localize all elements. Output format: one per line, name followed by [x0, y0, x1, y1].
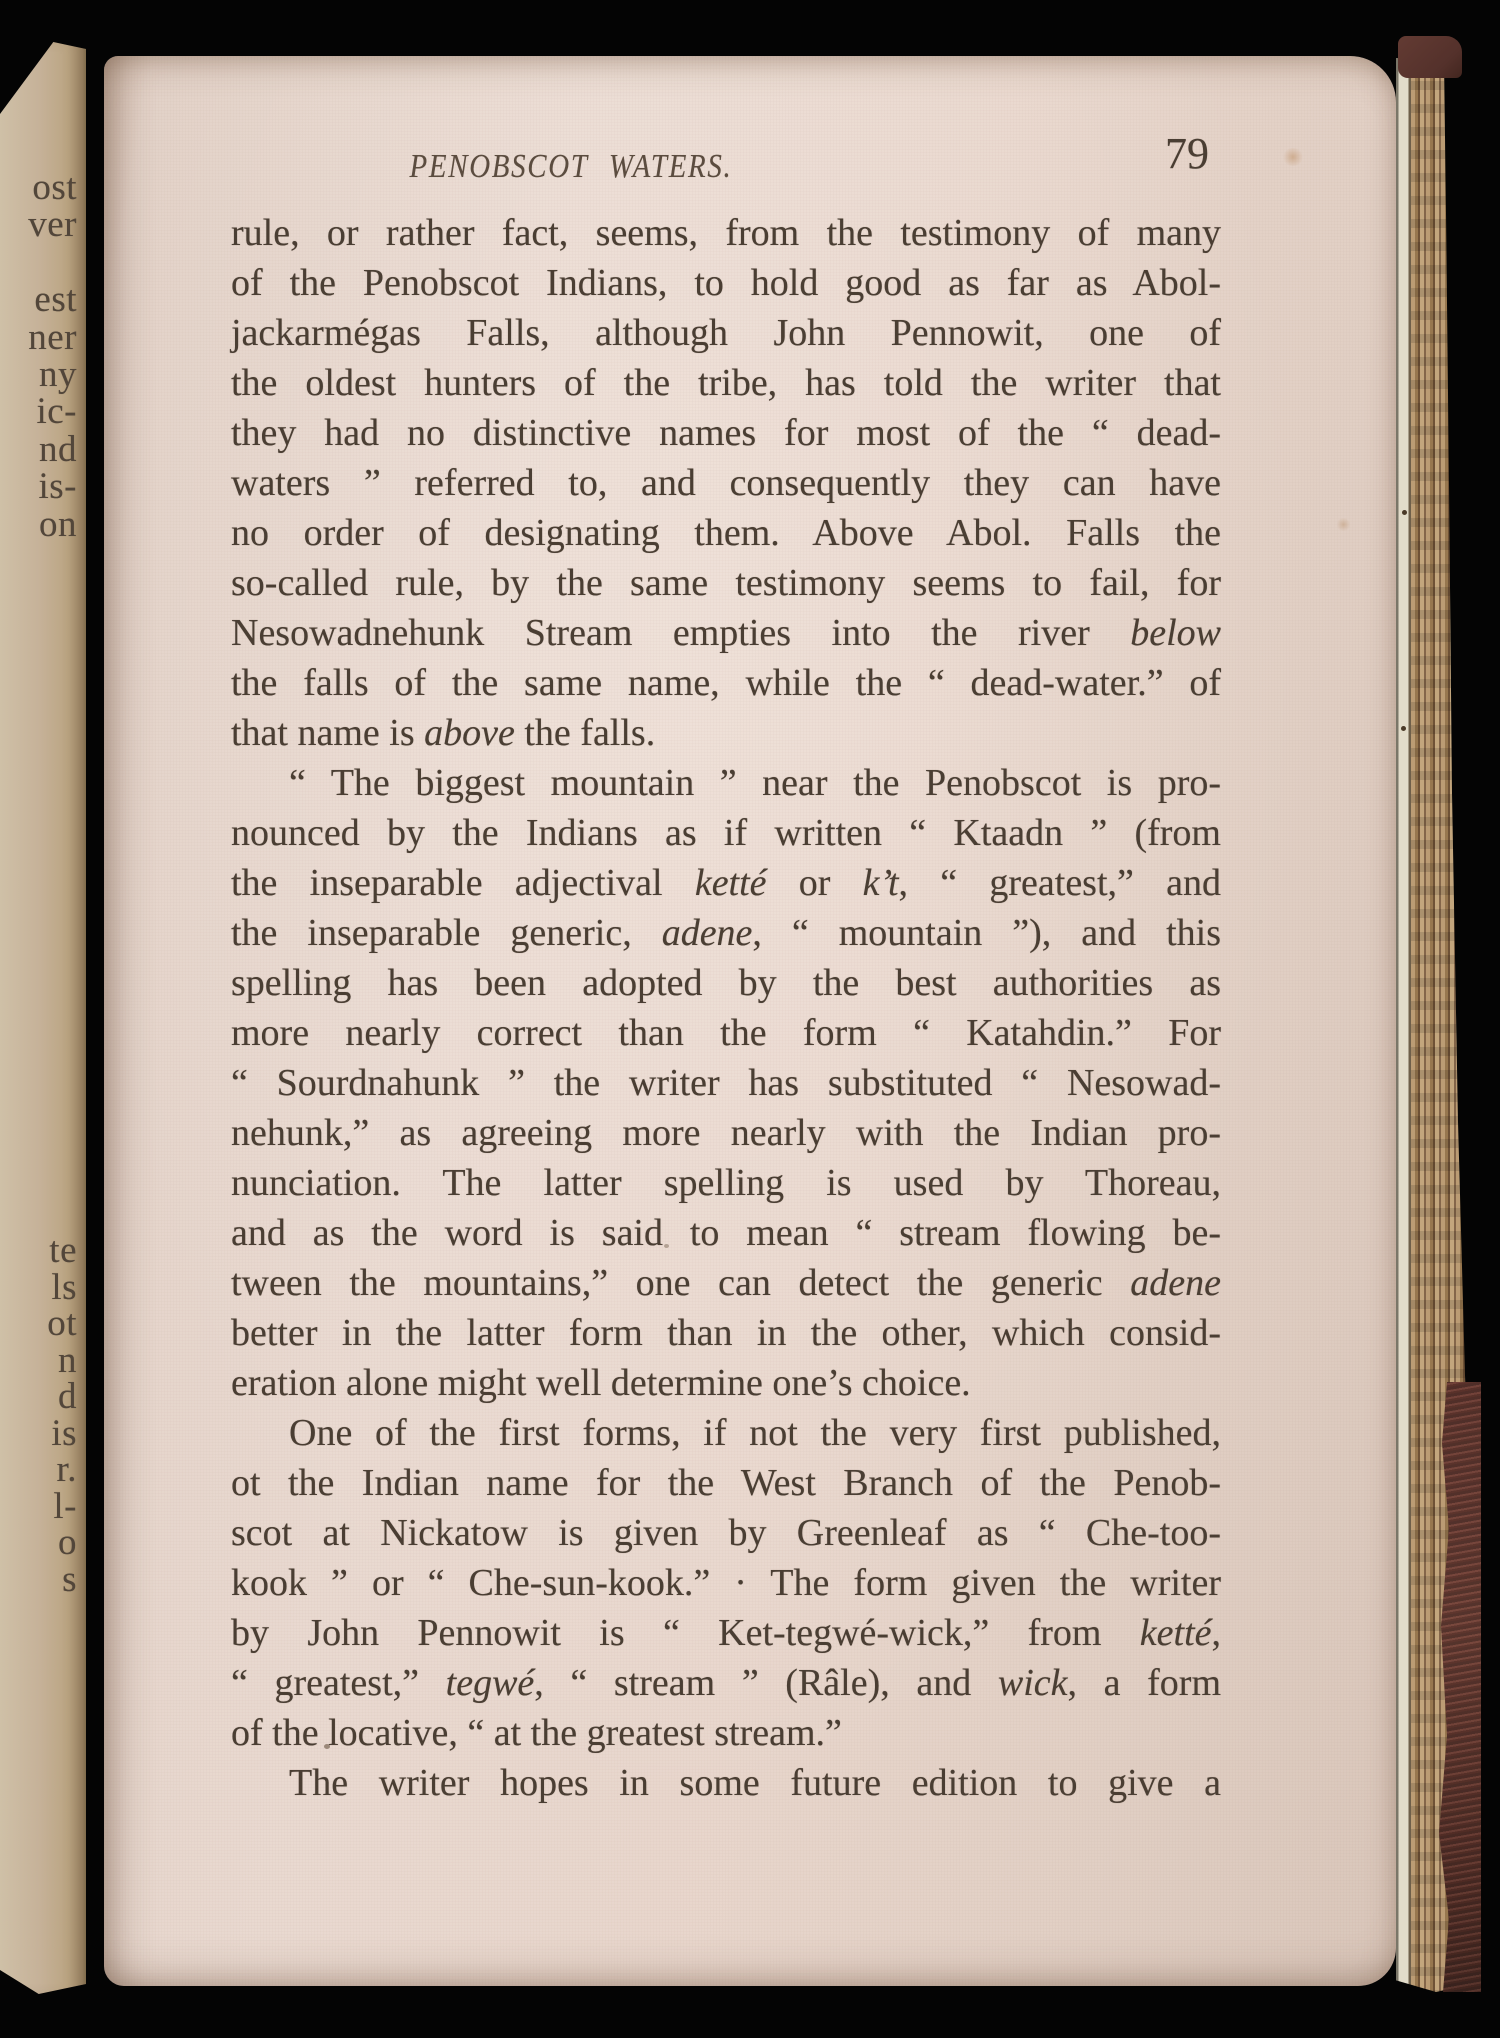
- book-photo: ostverestnernyic-ndis-ontelsotndisr.l-os…: [0, 0, 1500, 2038]
- italic-text: ketté: [1140, 1612, 1212, 1654]
- text-line: of the locative, “ at the greatest strea…: [231, 1708, 1221, 1758]
- text-run: the falls.: [515, 712, 655, 754]
- running-header-title: PENOBSCOT WATERS.: [410, 148, 733, 186]
- text-fragment: on: [39, 506, 77, 543]
- text-run: “ The biggest mountain ” near the Penobs…: [289, 762, 1221, 804]
- text-run: rule, or rather fact, seems, from the te…: [231, 212, 1221, 254]
- text-run: ,: [1212, 1612, 1222, 1654]
- paragraph: rule, or rather fact, seems, from the te…: [231, 208, 1221, 758]
- text-line: nunciation. The latter spelling is used …: [231, 1158, 1221, 1208]
- text-run: that name is: [231, 712, 424, 754]
- page-edge-left: ostverestnernyic-ndis-ontelsotndisr.l-os: [0, 42, 86, 1994]
- text-run: , “ greatest,” and: [899, 862, 1221, 904]
- text-run: tween the mountains,” one can detect the…: [231, 1262, 1130, 1304]
- text-run: The writer hopes in some future edition …: [289, 1762, 1221, 1804]
- text-line: the falls of the same name, while the “ …: [231, 658, 1221, 708]
- text-run: , “ stream ” (Râle), and: [534, 1662, 998, 1704]
- text-fragment: ver: [28, 206, 77, 243]
- text-line: so-called rule, by the same testimony se…: [231, 558, 1221, 608]
- text-fragment: ner: [28, 319, 77, 356]
- foxing-spot: [1282, 148, 1304, 166]
- text-run: of the locative, “ at the greatest strea…: [231, 1712, 842, 1754]
- text-fragment: ot: [47, 1305, 77, 1342]
- text-line: rule, or rather fact, seems, from the te…: [231, 208, 1221, 258]
- text-line: jackarmégas Falls, although John Pennowi…: [231, 308, 1221, 358]
- text-fragment: is: [51, 1415, 77, 1452]
- italic-text: tegwé: [446, 1662, 535, 1704]
- text-run: “ greatest,”: [231, 1662, 446, 1704]
- text-run: of the Penobscot Indians, to hold good a…: [231, 262, 1221, 304]
- text-run: no order of designating them. Above Abol…: [231, 512, 1221, 554]
- text-fragment: ost: [32, 169, 77, 206]
- text-fragment: is-: [39, 468, 78, 505]
- text-run: and as the word is said to mean “ stream…: [231, 1212, 1221, 1254]
- italic-text: k’t: [863, 862, 899, 904]
- text-fragment: te: [49, 1232, 77, 1269]
- italic-text: wick: [998, 1662, 1068, 1704]
- text-line: nounced by the Indians as if written “ K…: [231, 808, 1221, 858]
- text-run: “ Sourdnahunk ” the writer has substitut…: [231, 1062, 1221, 1104]
- dust-speck: [1402, 510, 1407, 515]
- text-fragment: s: [62, 1561, 77, 1598]
- foxing-spot: [1336, 518, 1351, 531]
- text-line: the inseparable adjectival ketté or k’t,…: [231, 858, 1221, 908]
- book-cover-corner: [1398, 36, 1462, 78]
- text-run: , a form: [1068, 1662, 1221, 1704]
- page-number: 79: [1165, 128, 1209, 179]
- italic-text: below: [1130, 612, 1221, 654]
- italic-text: adene: [662, 912, 753, 954]
- text-run: eration alone might well determine one’s…: [231, 1362, 971, 1404]
- text-fragment: d: [58, 1378, 77, 1415]
- text-line: better in the latter form than in the ot…: [231, 1308, 1221, 1358]
- text-run: jackarmégas Falls, although John Pennowi…: [231, 312, 1221, 354]
- next-page-edge: [1396, 58, 1411, 1992]
- text-fragment: r.: [56, 1451, 77, 1488]
- text-run: the falls of the same name, while the “ …: [231, 662, 1221, 704]
- text-run: more nearly correct than the form “ Kata…: [231, 1012, 1221, 1054]
- text-line: the oldest hunters of the tribe, has tol…: [231, 358, 1221, 408]
- text-line: spelling has been adopted by the best au…: [231, 958, 1221, 1008]
- text-fragment: n: [58, 1342, 77, 1379]
- text-line: of the Penobscot Indians, to hold good a…: [231, 258, 1221, 308]
- page-gutter: [83, 44, 106, 1992]
- text-line: Nesowadnehunk Stream empties into the ri…: [231, 608, 1221, 658]
- text-line: that name is above the falls.: [231, 708, 1221, 758]
- text-run: waters ” referred to, and consequently t…: [231, 462, 1221, 504]
- text-fragment: ny: [39, 356, 77, 393]
- text-line: waters ” referred to, and consequently t…: [231, 458, 1221, 508]
- paragraph: The writer hopes in some future edition …: [231, 1758, 1221, 1808]
- text-run: One of the first forms, if not the very …: [289, 1412, 1221, 1454]
- text-line: eration alone might well determine one’s…: [231, 1358, 1221, 1408]
- text-line: no order of designating them. Above Abol…: [231, 508, 1221, 558]
- text-run: nunciation. The latter spelling is used …: [231, 1162, 1221, 1204]
- text-run: scot at Nickatow is given by Greenleaf a…: [231, 1512, 1221, 1554]
- text-line: “ greatest,” tegwé, “ stream ” (Râle), a…: [231, 1658, 1221, 1708]
- text-line: they had no distinctive names for most o…: [231, 408, 1221, 458]
- text-fragment: ls: [51, 1269, 77, 1306]
- italic-text: ketté: [695, 862, 767, 904]
- text-run: better in the latter form than in the ot…: [231, 1312, 1221, 1354]
- italic-text: above: [424, 712, 515, 754]
- text-line: kook ” or “ Che-sun-kook.” · The form gi…: [231, 1558, 1221, 1608]
- text-run: the oldest hunters of the tribe, has tol…: [231, 362, 1221, 404]
- text-fragment: ic-: [36, 393, 77, 430]
- text-line: The writer hopes in some future edition …: [231, 1758, 1221, 1808]
- text-fragment: l-: [53, 1488, 77, 1525]
- dust-speck: [1401, 726, 1406, 731]
- text-line: the inseparable generic, adene, “ mounta…: [231, 908, 1221, 958]
- text-line: scot at Nickatow is given by Greenleaf a…: [231, 1508, 1221, 1558]
- italic-text: adene: [1130, 1262, 1221, 1304]
- text-line: by John Pennowit is “ Ket-tegwé-wick,” f…: [231, 1608, 1221, 1658]
- text-line: and as the word is said to mean “ stream…: [231, 1208, 1221, 1258]
- text-run: kook ” or “ Che-sun-kook.” · The form gi…: [231, 1562, 1221, 1604]
- text-line: tween the mountains,” one can detect the…: [231, 1258, 1221, 1308]
- text-run: by John Pennowit is “ Ket-tegwé-wick,” f…: [231, 1612, 1140, 1654]
- text-run: the inseparable generic,: [231, 912, 662, 954]
- text-run: Nesowadnehunk Stream empties into the ri…: [231, 612, 1130, 654]
- page-body: rule, or rather fact, seems, from the te…: [231, 208, 1221, 1808]
- text-line: ot the Indian name for the West Branch o…: [231, 1458, 1221, 1508]
- text-run: ot the Indian name for the West Branch o…: [231, 1462, 1221, 1504]
- text-run: nehunk,” as agreeing more nearly with th…: [231, 1112, 1221, 1154]
- text-run: spelling has been adopted by the best au…: [231, 962, 1221, 1004]
- text-run: nounced by the Indians as if written “ K…: [231, 812, 1221, 854]
- text-fragment: o: [58, 1524, 77, 1561]
- text-fragment: nd: [39, 431, 77, 468]
- text-line: “ The biggest mountain ” near the Penobs…: [231, 758, 1221, 808]
- text-run: or: [767, 862, 863, 904]
- text-fragment: est: [34, 281, 77, 318]
- paragraph: One of the first forms, if not the very …: [231, 1408, 1221, 1758]
- text-line: more nearly correct than the form “ Kata…: [231, 1008, 1221, 1058]
- book-page: PENOBSCOT WATERS. 79 rule, or rather fac…: [104, 56, 1396, 1986]
- text-line: One of the first forms, if not the very …: [231, 1408, 1221, 1458]
- text-run: the inseparable adjectival: [231, 862, 695, 904]
- text-run: they had no distinctive names for most o…: [231, 412, 1221, 454]
- text-line: “ Sourdnahunk ” the writer has substitut…: [231, 1058, 1221, 1108]
- paragraph: “ The biggest mountain ” near the Penobs…: [231, 758, 1221, 1408]
- text-line: nehunk,” as agreeing more nearly with th…: [231, 1108, 1221, 1158]
- text-run: , “ mountain ”), and this: [752, 912, 1221, 954]
- text-run: so-called rule, by the same testimony se…: [231, 562, 1221, 604]
